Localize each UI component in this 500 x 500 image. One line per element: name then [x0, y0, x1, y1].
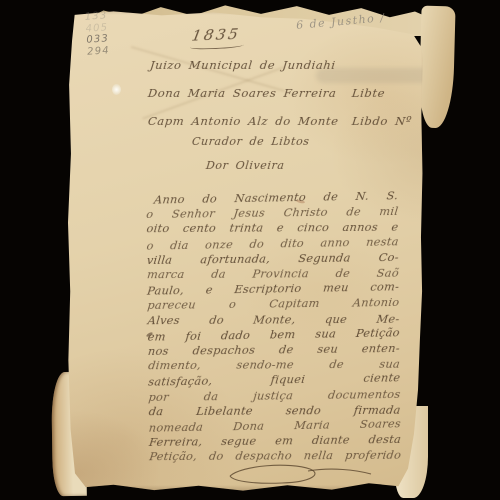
body-paragraph: Anno do Nascimento de N. S. o Senhor Jes…	[146, 189, 401, 466]
curator-line: Curador de Libtos	[191, 135, 310, 148]
pencil-shelfmarks: 133 405 033 294	[84, 10, 110, 57]
plaintiff-name: Dona Maria Soares Ferreira	[147, 86, 337, 100]
body-line: pareceu o Capitam Antonio	[147, 295, 401, 313]
underlying-pages-right-edge	[418, 6, 455, 129]
plaintiff-role-label: Libte	[351, 86, 386, 100]
signature-flourish	[224, 461, 376, 489]
defendant-role-label: Libdo Nº	[351, 114, 412, 128]
curator-name-line: Dor Oliveira	[205, 159, 285, 172]
pencil-mark: 294	[87, 45, 110, 58]
court-title: Juizo Municipal de Jundiahi	[149, 58, 336, 72]
paper-flaw-spot	[112, 84, 121, 95]
scanned-manuscript-page: 133 405 033 294 6 de Justho / 1835 Juizo…	[0, 0, 500, 500]
defendant-name: Capm Antonio Alz do Monte	[147, 114, 339, 128]
